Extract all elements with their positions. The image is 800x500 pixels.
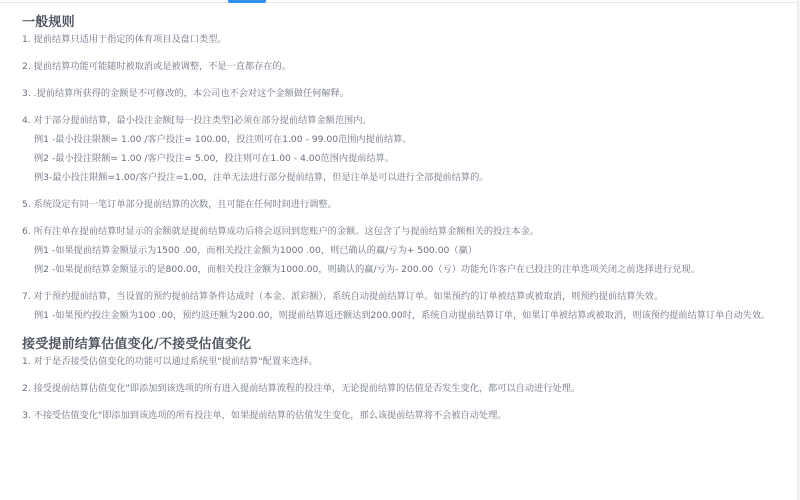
valuation-rule-1: 1. 对于是否接受估值变化的功能可以通过系统里"提前结算"配置来选择。: [22, 355, 792, 369]
rule-2: 2. 提前结算功能可能随时被取消或是被调整，不是一直都存在的。: [22, 60, 792, 74]
rule-4-example-3: 例3-最小投注限额=1.00/客户投注=1.00，注单无法进行部分提前结算，但是…: [22, 171, 792, 185]
rule-3: 3. .提前结算所获得的金额是不可修改的，本公司也不会对这个金额做任何解释。: [22, 87, 792, 101]
rules-page: 一般规则 1. 提前结算只适用于指定的体育项目及盘口类型。 2. 提前结算功能可…: [0, 0, 798, 500]
section-title-general-rules: 一般规则: [22, 13, 792, 33]
rule-4: 4. 对于部分提前结算，最小投注金额[每一投注类型]必须在部分提前结算金额范围内…: [22, 114, 792, 128]
valuation-rule-2: 2. 接受提前结算估值变化"即添加到该选项的所有进入提前结算流程的投注单，无论提…: [22, 382, 792, 396]
rule-6-example-1: 例1 -如果提前结算金额显示为1500 .00，而相关投注金额为1000 .00…: [22, 244, 792, 258]
rule-7: 7. 对于预约提前结算，当设置的预约提前结算条件达成时（本金、派彩额），系统自动…: [22, 290, 787, 304]
rules-content: 一般规则 1. 提前结算只适用于指定的体育项目及盘口类型。 2. 提前结算功能可…: [22, 13, 792, 423]
rule-4-example-2: 例2 -最小投注限额= 1.00 /客户投注= 5.00，投注则可在1.00 -…: [22, 152, 792, 166]
rule-7-example-1: 例1 -如果预约投注金额为100 .00，预约返还额为200.00，则提前结算返…: [22, 309, 787, 323]
valuation-rule-3: 3. 不接受估值变化"即添加到该选项的所有投注单，如果提前结算的估值发生变化，那…: [22, 409, 792, 423]
active-tab-indicator: [228, 0, 266, 3]
rule-6-example-2: 例2 -如果提前结算金额显示的是800.00，而相关投注金额为1000.00，则…: [22, 263, 787, 277]
rule-4-example-1: 例1 -最小投注限额= 1.00 /客户投注= 100.00，投注则可在1.00…: [22, 133, 792, 147]
tab-bar: [0, 0, 798, 3]
rule-6: 6. 所有注单在提前结算时显示的金额就是提前结算成功后将会返回到您账户的金额。这…: [22, 225, 792, 239]
section-title-valuation-change: 接受提前结算估值变化/不接受估值变化: [22, 335, 792, 355]
rule-1: 1. 提前结算只适用于指定的体育项目及盘口类型。: [22, 33, 792, 47]
rule-5: 5. 系统设定有同一笔订单部分提前结算的次数，且可能在任何时间进行调整。: [22, 198, 792, 212]
